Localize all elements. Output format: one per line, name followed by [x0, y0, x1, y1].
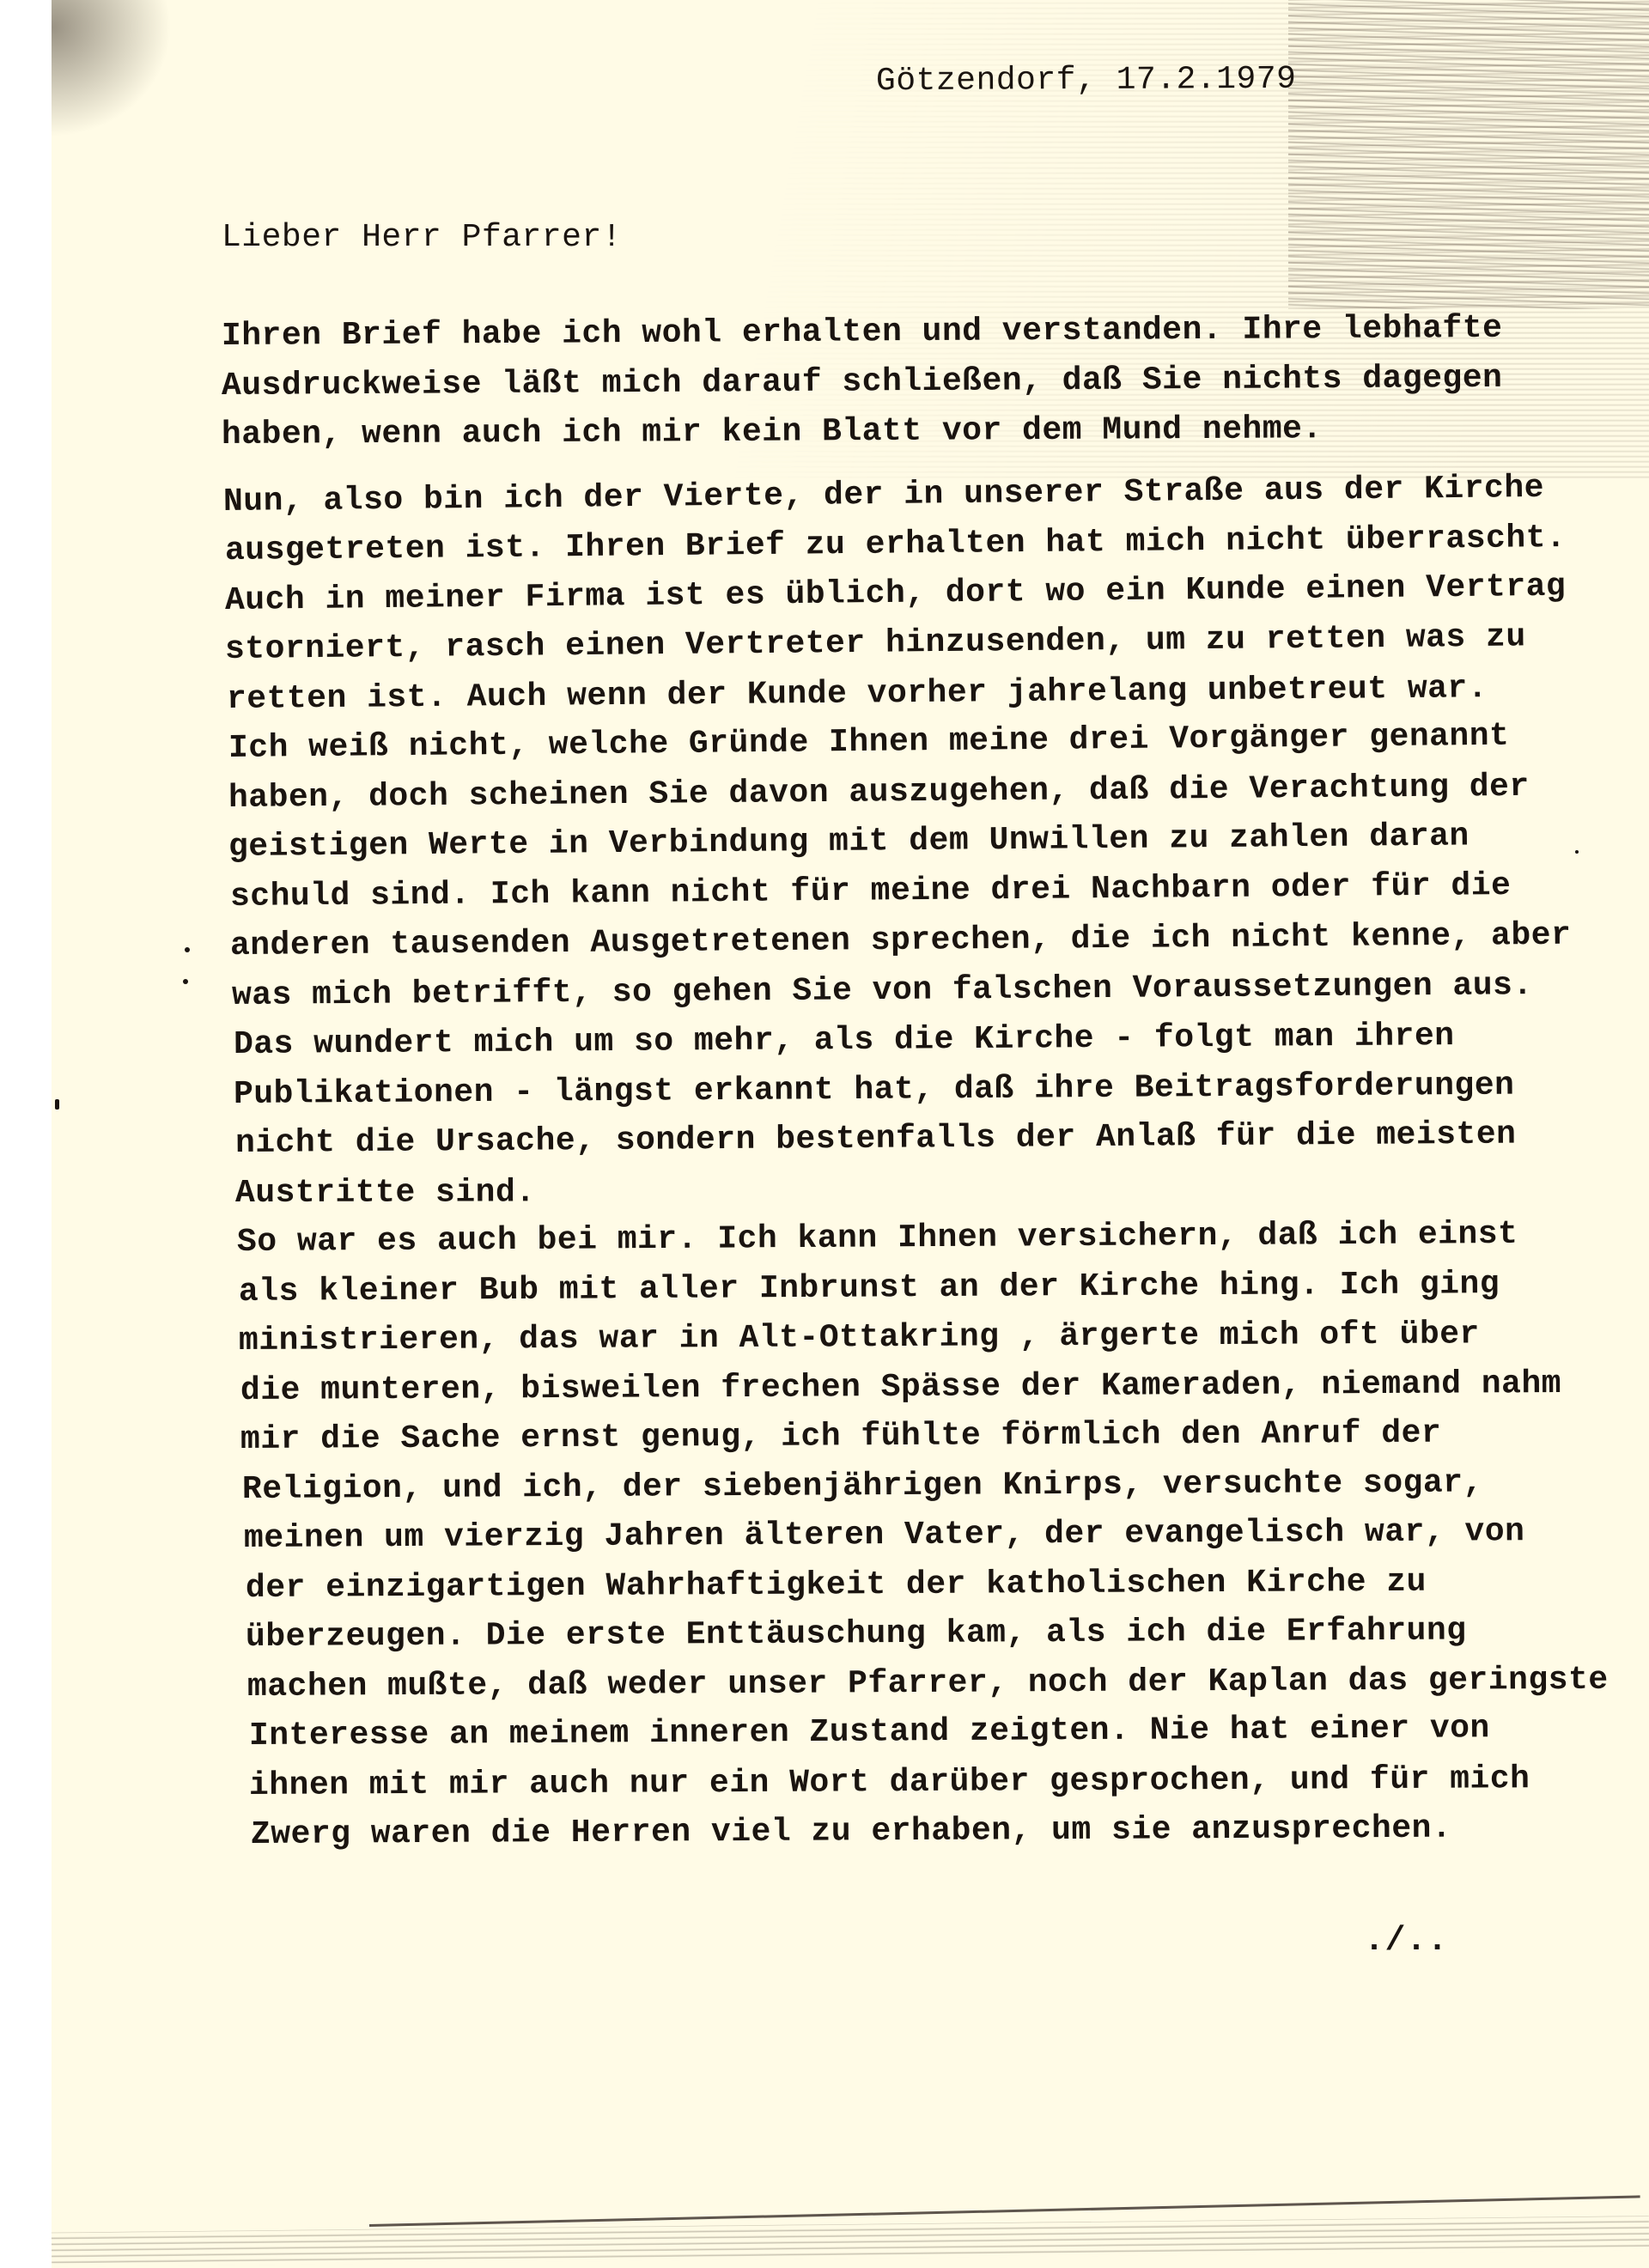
letter-line: Das wundert mich um so mehr, als die Kir…	[234, 1018, 1455, 1063]
stray-ink-dot	[185, 947, 190, 952]
typewritten-letter: Götzendorf, 17.2.1979 Lieber Herr Pfarre…	[0, 0, 1649, 2268]
letter-line: Nun, also bin ich der Vierte, der in uns…	[223, 469, 1544, 520]
letter-line: haben, wenn auch ich mir kein Blatt vor …	[222, 410, 1323, 453]
letter-line: Publikationen - längst erkannt hat, daß …	[234, 1067, 1515, 1112]
letter-line: meinen um vierzig Jahren älteren Vater, …	[244, 1513, 1525, 1557]
stray-ink-dot	[1575, 850, 1579, 854]
letter-line: Religion, und ich, der siebenjährigen Kn…	[242, 1464, 1483, 1508]
letter-line: ministrieren, das war in Alt-Ottakring ,…	[239, 1316, 1480, 1359]
stray-ink-dot	[183, 979, 188, 984]
letter-line: Zwerg waren die Herren viel zu erhaben, …	[251, 1810, 1451, 1853]
salutation: Lieber Herr Pfarrer!	[222, 219, 622, 256]
letter-line: was mich betrifft, so gehen Sie von fals…	[232, 967, 1533, 1014]
letter-line: überzeugen. Die erste Enttäuschung kam, …	[246, 1613, 1467, 1656]
letter-line: Ihren Brief habe ich wohl erhalten und v…	[222, 310, 1503, 355]
letter-line: als kleiner Bub mit aller Inbrunst an de…	[239, 1266, 1500, 1310]
letter-line: haben, doch scheinen Sie davon auszugehe…	[228, 768, 1530, 816]
stray-ink-mark	[55, 1099, 59, 1110]
letter-line: Austritte sind.	[235, 1174, 536, 1212]
letter-line: schuld sind. Ich kann nicht für meine dr…	[230, 866, 1512, 915]
letter-line: anderen tausenden Ausgetretenen sprechen…	[230, 917, 1572, 964]
place-and-date: Götzendorf, 17.2.1979	[876, 61, 1297, 100]
letter-line: machen mußte, daß weder unser Pfarrer, n…	[247, 1661, 1609, 1705]
letter-line: Auch in meiner Firma ist es üblich, dort…	[225, 568, 1567, 618]
letter-line: nicht die Ursache, sondern bestenfalls d…	[235, 1116, 1517, 1162]
letter-line: mir die Sache ernst genug, ich fühlte fö…	[240, 1415, 1441, 1458]
letter-line: So war es auch bei mir. Ich kann Ihnen v…	[237, 1216, 1518, 1261]
letter-line: Interesse an meinem inneren Zustand zeig…	[249, 1710, 1490, 1754]
letter-line: geistigen Werte in Verbindung mit dem Un…	[228, 818, 1469, 866]
letter-line: der einzigartigen Wahrhaftigkeit der kat…	[246, 1563, 1427, 1606]
letter-line: retten ist. Auch wenn der Kunde vorher j…	[227, 670, 1488, 718]
letter-line: Ich weiß nicht, welche Gründe Ihnen mein…	[228, 718, 1510, 767]
letter-line: die munteren, bisweilen frechen Spässe d…	[240, 1365, 1561, 1408]
letter-line: ihnen mit mir auch nur ein Wort darüber …	[249, 1760, 1530, 1804]
letter-line: Ausdruckweise läßt mich darauf schließen…	[222, 359, 1503, 404]
letter-line: storniert, rasch einen Vertreter hinzuse…	[225, 618, 1526, 668]
page-continuation-mark: ./..	[1364, 1922, 1448, 1961]
letter-line: ausgetreten ist. Ihren Brief zu erhalten…	[225, 520, 1567, 569]
